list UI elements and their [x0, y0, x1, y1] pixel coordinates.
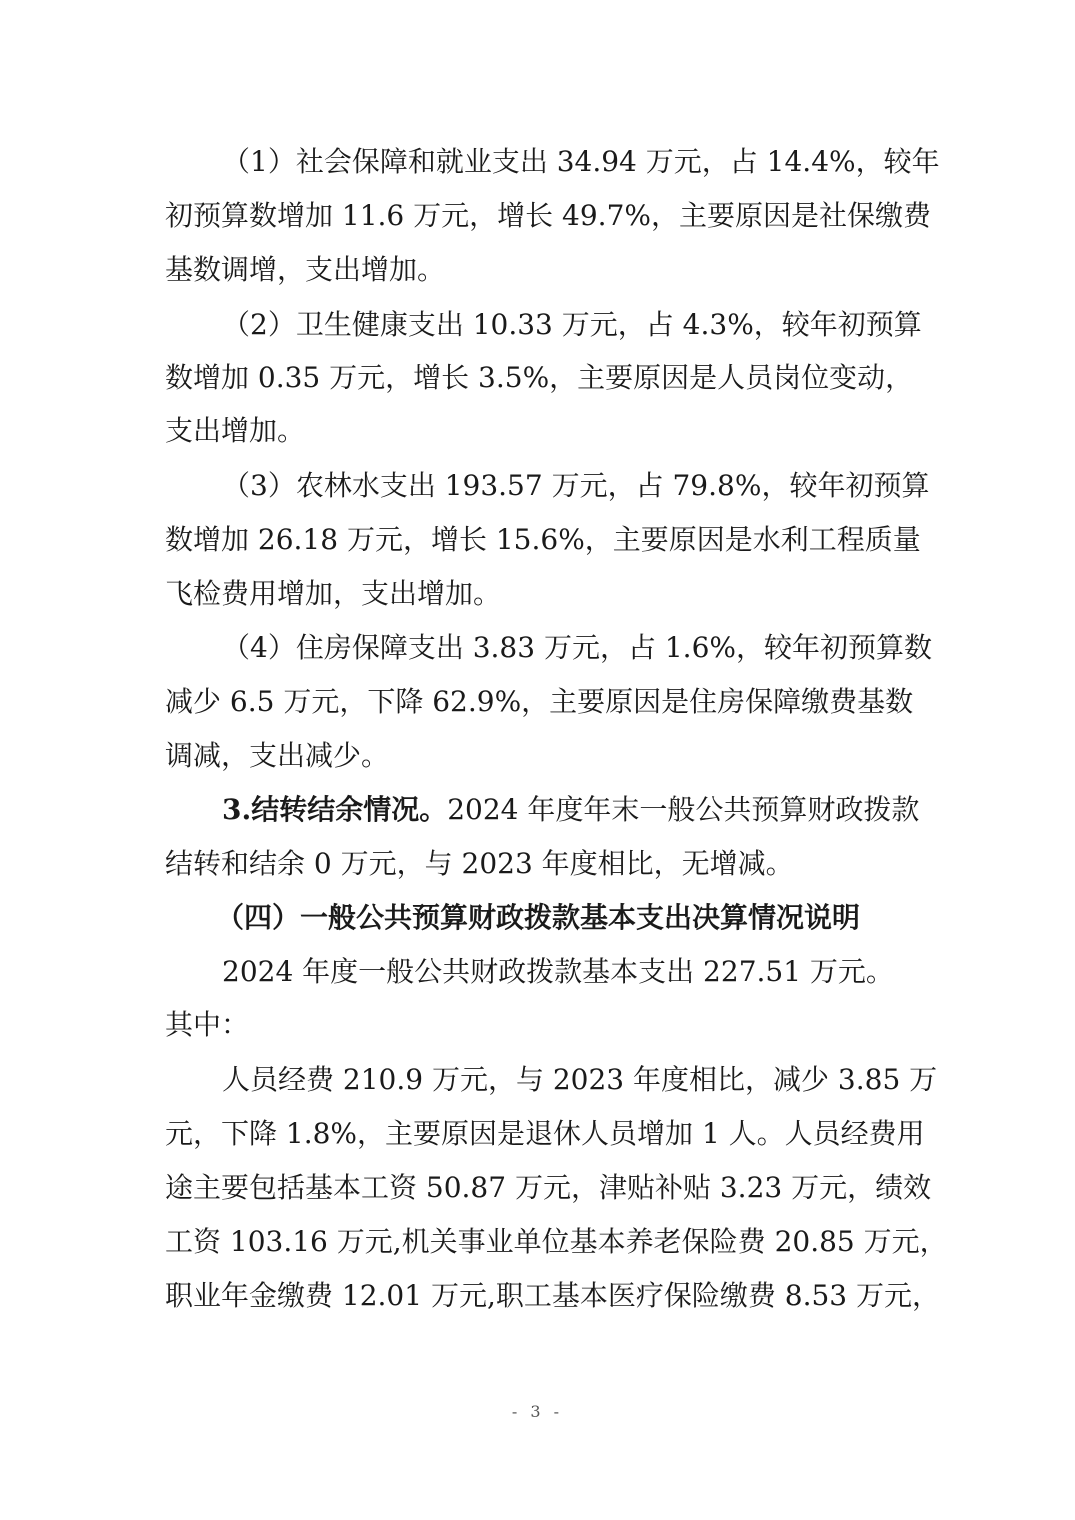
paragraph-carryover-line-2: 结转和结余 0 万元，与 2023 年度相比，无增减。 [165, 844, 911, 884]
paragraph-personnel-line-3: 途主要包括基本工资 50.87 万元，津贴补贴 3.23 万元，绩效 [165, 1168, 911, 1208]
paragraph-carryover-line-1: 3.结转结余情况。 2024 年度年末一般公共预算财政拨款 [222, 790, 911, 830]
carryover-lead-heading: 3.结转结余情况。 [222, 790, 447, 830]
paragraph-social-security-line-3: 基数调增，支出增加。 [165, 250, 911, 290]
paragraph-social-security-line-2: 初预算数增加 11.6 万元，增长 49.7%，主要原因是社保缴费 [165, 196, 911, 236]
paragraph-personnel-line-1: 人员经费 210.9 万元，与 2023 年度相比，减少 3.85 万 [222, 1060, 911, 1100]
paragraph-basic-expenditure-line-2: 其中： [165, 1005, 911, 1045]
paragraph-personnel-line-2: 元，下降 1.8%，主要原因是退休人员增加 1 人。人员经费用 [165, 1114, 911, 1154]
paragraph-agriculture-line-2: 数增加 26.18 万元，增长 15.6%，主要原因是水利工程质量 [165, 520, 911, 560]
paragraph-housing-line-3: 调减，支出减少。 [165, 736, 911, 776]
paragraph-agriculture-line-1: （3）农林水支出 193.57 万元，占 79.8%，较年初预算 [222, 466, 911, 506]
paragraph-health-line-1: （2）卫生健康支出 10.33 万元，占 4.3%，较年初预算 [222, 305, 911, 345]
section-heading-basic-expenditure: （四）一般公共预算财政拨款基本支出决算情况说明 [165, 898, 911, 938]
paragraph-personnel-line-4: 工资 103.16 万元,机关事业单位基本养老保险费 20.85 万元， [165, 1222, 911, 1262]
paragraph-basic-expenditure-line-1: 2024 年度一般公共财政拨款基本支出 227.51 万元。 [222, 952, 911, 992]
paragraph-housing-line-2: 减少 6.5 万元，下降 62.9%，主要原因是住房保障缴费基数 [165, 682, 911, 722]
paragraph-agriculture-line-3: 飞检费用增加，支出增加。 [165, 574, 911, 614]
page-number: - 3 - [0, 1402, 1075, 1421]
document-page: （1）社会保障和就业支出 34.94 万元，占 14.4%，较年 初预算数增加 … [0, 0, 1075, 1520]
paragraph-health-line-2: 数增加 0.35 万元，增长 3.5%，主要原因是人员岗位变动， [165, 358, 911, 398]
paragraph-social-security-line-1: （1）社会保障和就业支出 34.94 万元，占 14.4%，较年 [222, 142, 911, 182]
carryover-text: 2024 年度年末一般公共预算财政拨款 [447, 790, 919, 830]
paragraph-health-line-3: 支出增加。 [165, 411, 911, 451]
paragraph-personnel-line-5: 职业年金缴费 12.01 万元,职工基本医疗保险缴费 8.53 万元， [165, 1276, 911, 1316]
paragraph-housing-line-1: （4）住房保障支出 3.83 万元，占 1.6%，较年初预算数 [222, 628, 911, 668]
